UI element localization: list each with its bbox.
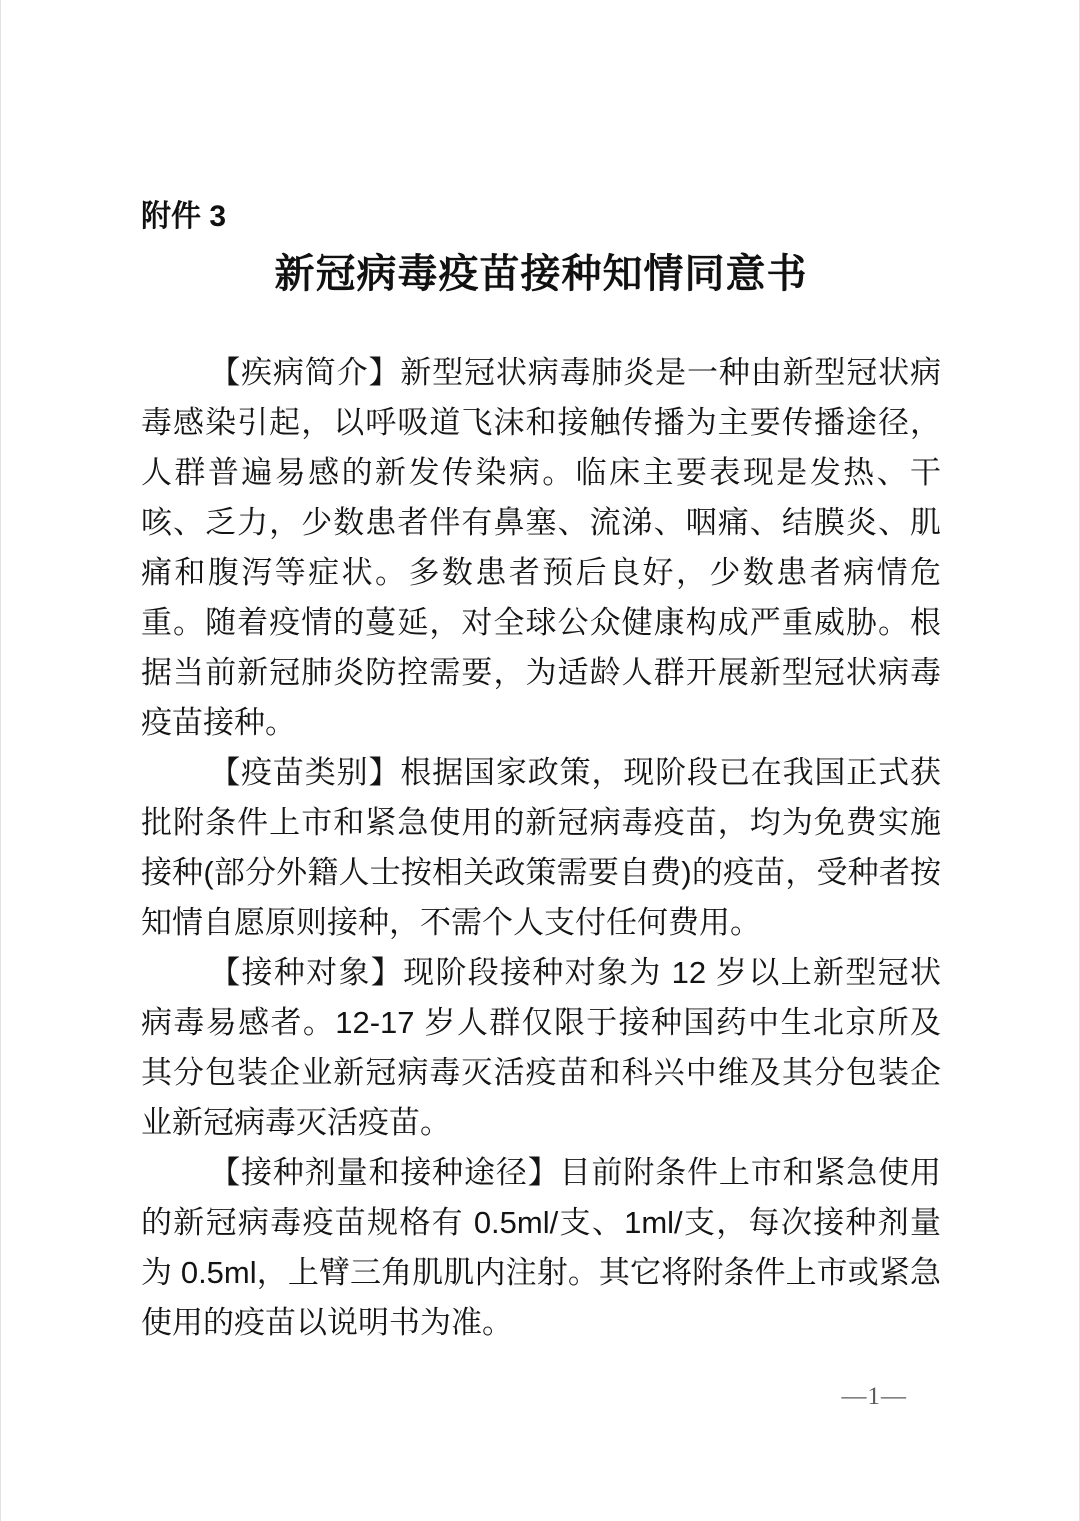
paragraph-vaccine-category: 【疫苗类别】根据国家政策，现阶段已在我国正式获批附条件上市和紧急使用的新冠病毒疫… [141,748,941,948]
page-number: —1— [842,1384,908,1409]
paragraph-vaccination-target: 【接种对象】现阶段接种对象为 12 岁以上新型冠状病毒易感者。12-17 岁人群… [141,948,941,1148]
attachment-label: 附件 3 [141,196,941,238]
paragraph-dose-and-route: 【接种剂量和接种途径】目前附条件上市和紧急使用的新冠病毒疫苗规格有 0.5ml/… [141,1148,941,1348]
document-page: 附件 3 新冠病毒疫苗接种知情同意书 【疾病简介】新型冠状病毒肺炎是一种由新型冠… [0,0,1080,1521]
document-title: 新冠病毒疫苗接种知情同意书 [141,248,941,300]
document-body: 【疾病简介】新型冠状病毒肺炎是一种由新型冠状病毒感染引起，以呼吸道飞沫和接触传播… [141,348,941,1348]
paragraph-disease-intro: 【疾病简介】新型冠状病毒肺炎是一种由新型冠状病毒感染引起，以呼吸道飞沫和接触传播… [141,348,941,748]
